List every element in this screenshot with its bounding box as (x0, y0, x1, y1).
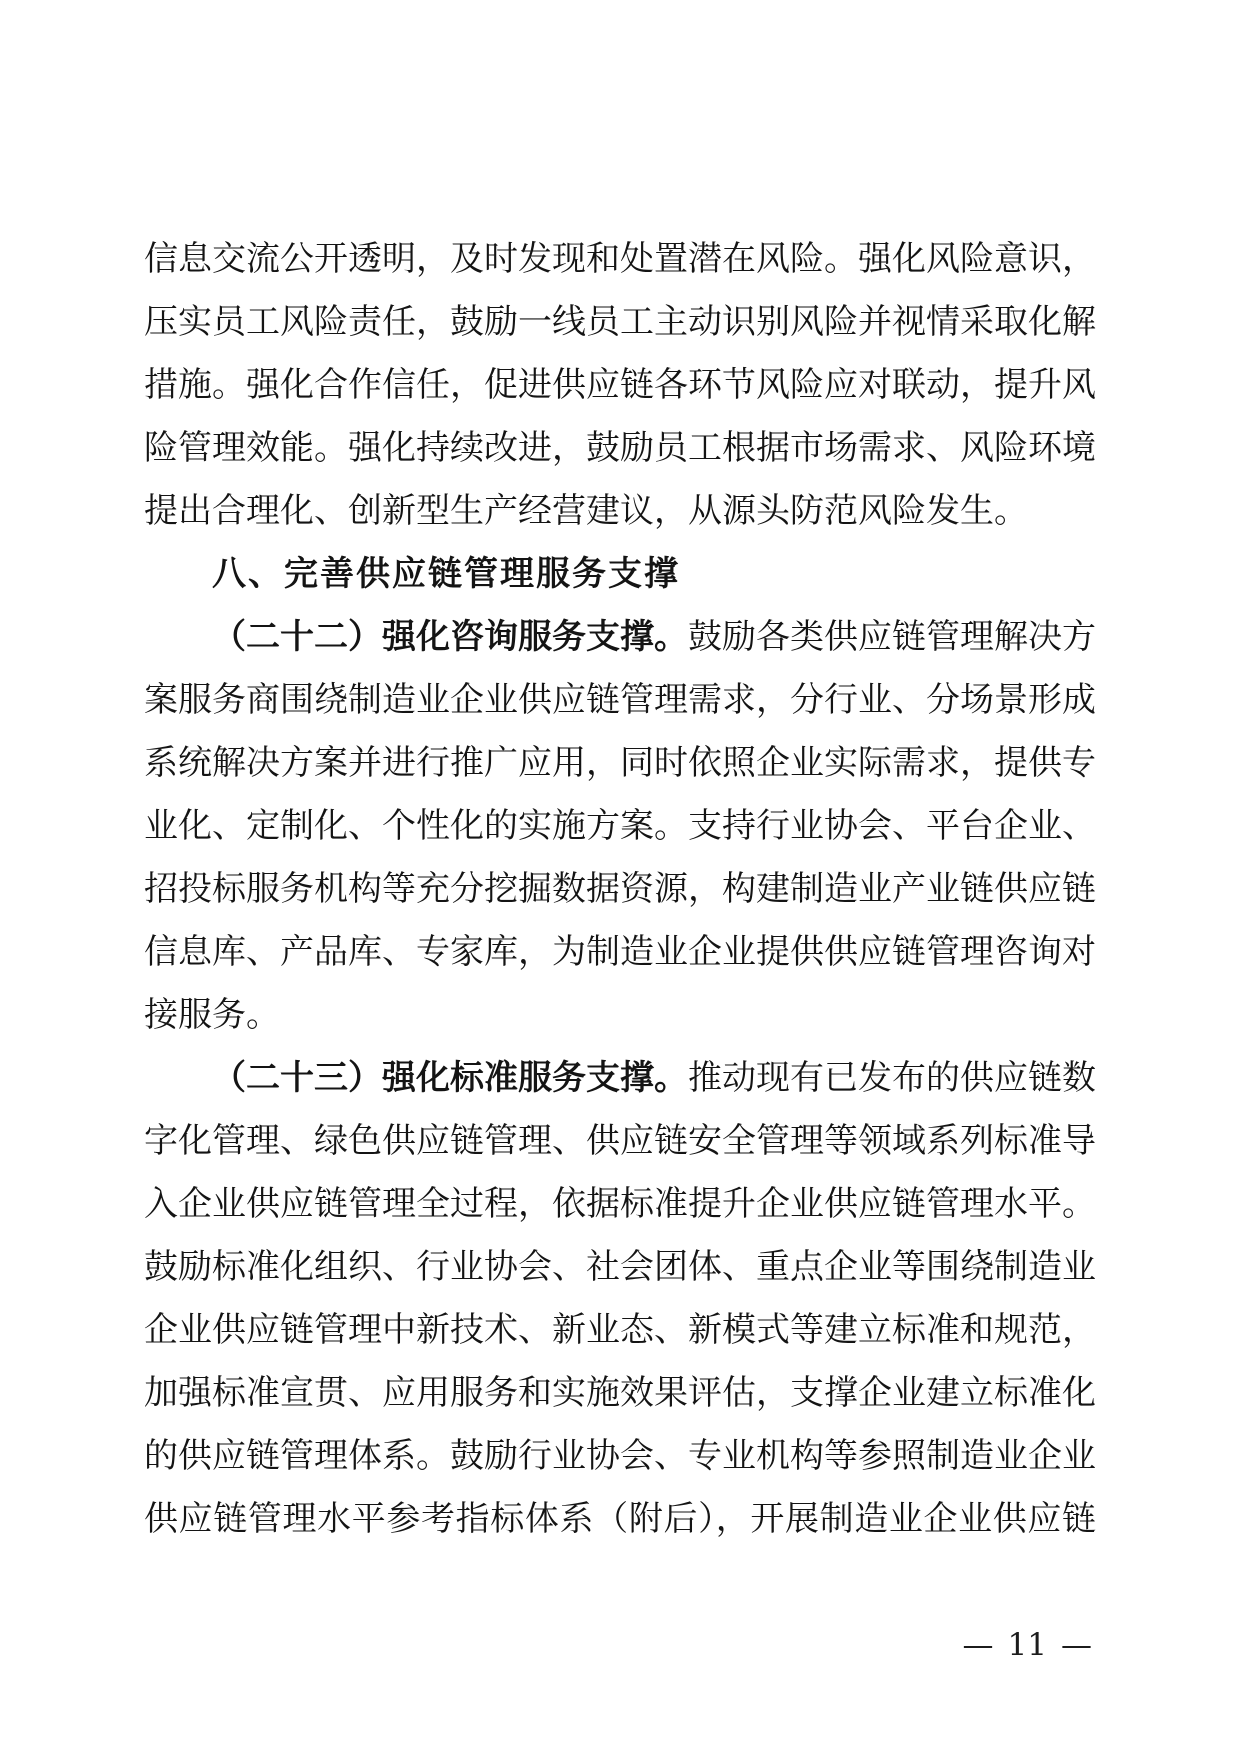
footer-right-dash: — (1061, 1625, 1092, 1665)
text-line: 提出合理化、创新型生产经营建议，从源头防范风险发生。 (144, 480, 1096, 543)
text-line: 接服务。 (144, 984, 1096, 1047)
text-line: 企业供应链管理中新技术、新业态、新模式等建立标准和规范， (144, 1299, 1096, 1362)
text-line: 的供应链管理体系。鼓励行业协会、专业机构等参照制造业企业 (144, 1425, 1096, 1488)
text-line: 险管理效能。强化持续改进，鼓励员工根据市场需求、风险环境 (144, 417, 1096, 480)
text-line: 鼓励标准化组织、行业协会、社会团体、重点企业等围绕制造业 (144, 1236, 1096, 1299)
text-line: 加强标准宣贯、应用服务和实施效果评估，支撑企业建立标准化 (144, 1362, 1096, 1425)
text-line: 字化管理、绿色供应链管理、供应链安全管理等领域系列标准导 (144, 1110, 1096, 1173)
text-line: 信息交流公开透明，及时发现和处置潜在风险。强化风险意识， (144, 228, 1096, 291)
document-body: 信息交流公开透明，及时发现和处置潜在风险。强化风险意识， 压实员工风险责任，鼓励… (144, 228, 1096, 1551)
text-line: 案服务商围绕制造业企业供应链管理需求，分行业、分场景形成 (144, 669, 1096, 732)
text-line: 系统解决方案并进行推广应用，同时依照企业实际需求，提供专 (144, 732, 1096, 795)
item-22-lead: （二十二）强化咨询服务支撑。 (212, 617, 688, 657)
text-line: 措施。强化合作信任，促进供应链各环节风险应对联动，提升风 (144, 354, 1096, 417)
footer-left-dash: — (963, 1625, 994, 1665)
section-heading: 八、完善供应链管理服务支撑 (144, 543, 1096, 606)
text-line: 入企业供应链管理全过程，依据标准提升企业供应链管理水平。 (144, 1173, 1096, 1236)
item-23-first-line: （二十三）强化标准服务支撑。推动现有已发布的供应链数 (144, 1047, 1096, 1110)
item-22-first-line: （二十二）强化咨询服务支撑。鼓励各类供应链管理解决方 (144, 606, 1096, 669)
document-page: 信息交流公开透明，及时发现和处置潜在风险。强化风险意识， 压实员工风险责任，鼓励… (0, 0, 1240, 1753)
footer-page-number: 11 (1008, 1627, 1047, 1663)
text-line: 供应链管理水平参考指标体系（附后），开展制造业企业供应链 (144, 1488, 1096, 1551)
page-number: —11— (949, 1625, 1106, 1665)
text-line: 业化、定制化、个性化的实施方案。支持行业协会、平台企业、 (144, 795, 1096, 858)
item-23-first-line-rest: 推动现有已发布的供应链数 (688, 1058, 1096, 1098)
item-23-lead: （二十三）强化标准服务支撑。 (212, 1058, 688, 1098)
item-22-first-line-rest: 鼓励各类供应链管理解决方 (688, 617, 1096, 657)
text-line: 信息库、产品库、专家库，为制造业企业提供供应链管理咨询对 (144, 921, 1096, 984)
text-line: 招投标服务机构等充分挖掘数据资源，构建制造业产业链供应链 (144, 858, 1096, 921)
text-line: 压实员工风险责任，鼓励一线员工主动识别风险并视情采取化解 (144, 291, 1096, 354)
